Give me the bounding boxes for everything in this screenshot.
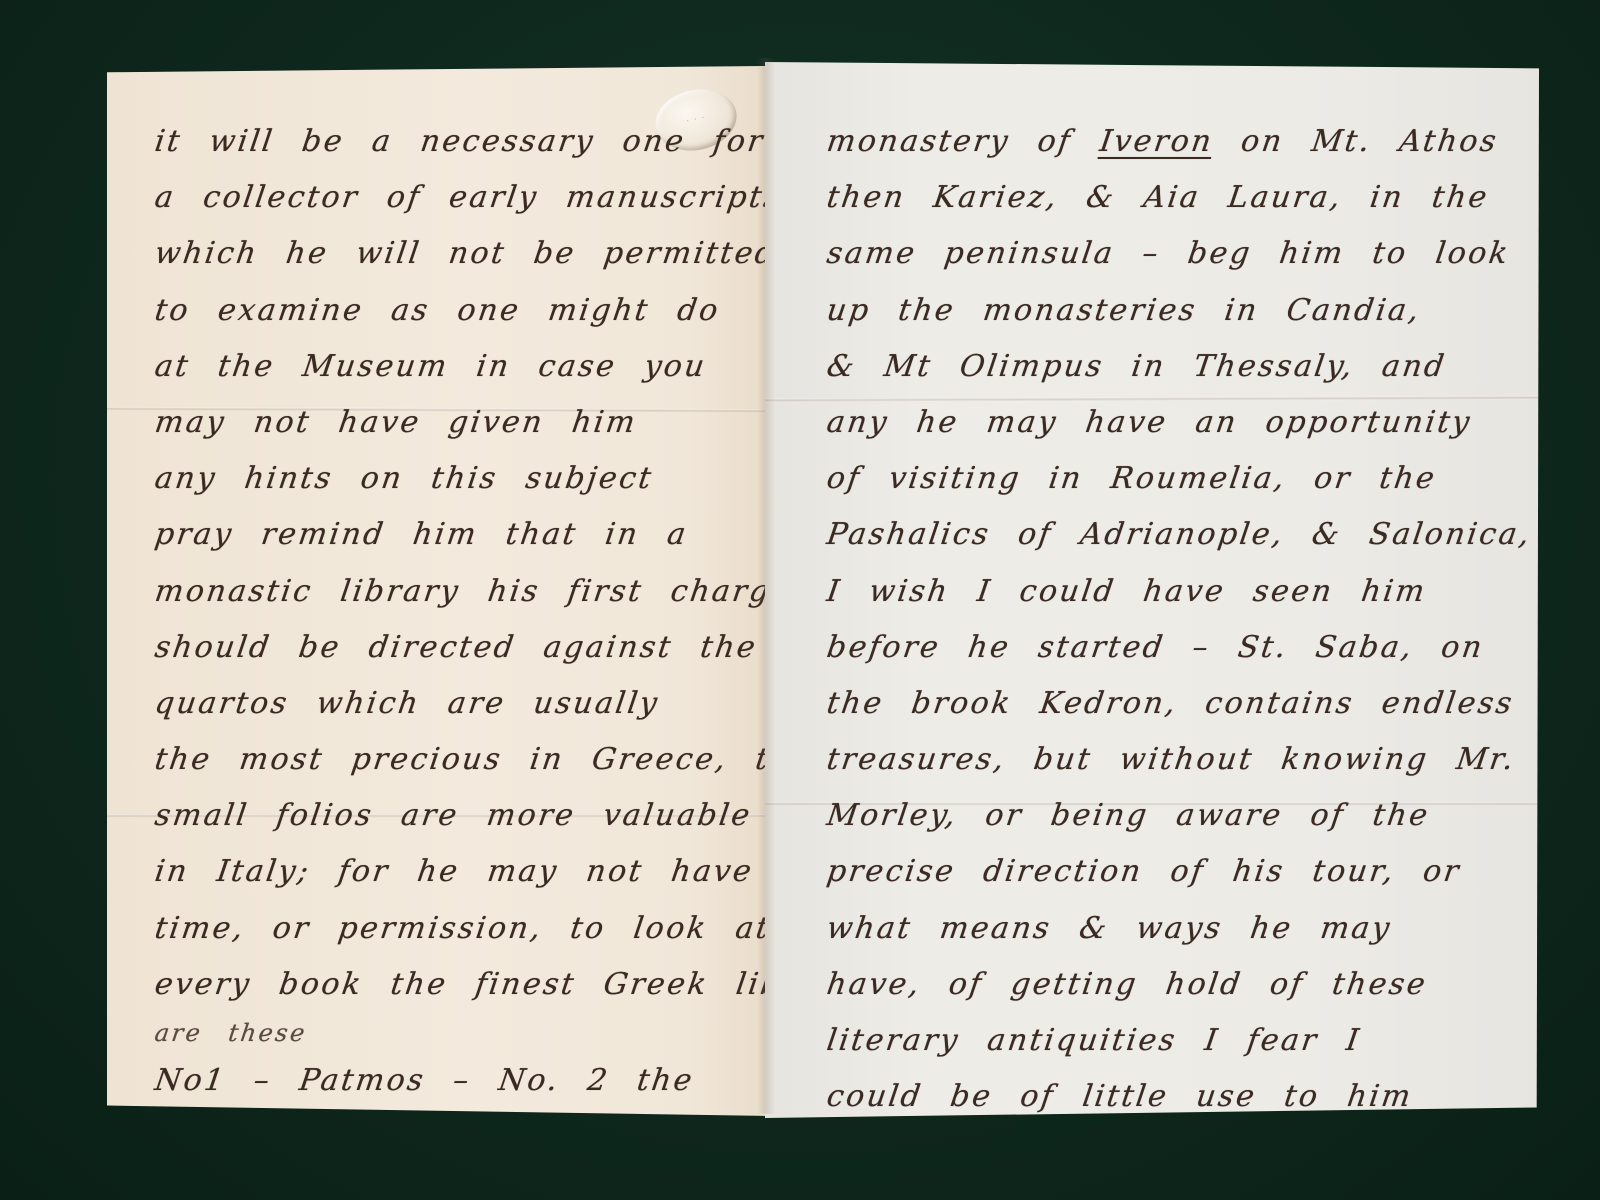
handwritten-line: should be directed against the bbox=[151, 620, 759, 676]
handwritten-line: may not have given him bbox=[151, 395, 759, 451]
handwritten-line: & Mt Olimpus in Thessaly, and bbox=[823, 339, 1521, 395]
handwritten-line: up the monasteries in Candia, bbox=[823, 283, 1521, 339]
handwritten-line: Morley, or being aware of the bbox=[823, 788, 1521, 844]
handwritten-line: treasures, but without knowing Mr. bbox=[823, 732, 1521, 788]
handwritten-line: No1 – Patmos – No. 2 the bbox=[151, 1053, 759, 1109]
left-page: · · · it will be a necessary one for a c… bbox=[107, 66, 767, 1116]
handwritten-line: then Kariez, & Aia Laura, in the bbox=[823, 170, 1521, 226]
handwritten-line: what means & ways he may bbox=[823, 901, 1521, 957]
handwritten-line: a collector of early manuscripts bbox=[151, 170, 759, 226]
handwritten-line: the brook Kedron, contains endless bbox=[823, 676, 1521, 732]
handwritten-line: to examine as one might do bbox=[151, 283, 759, 339]
right-page: monastery of Iveron on Mt. Athos then Ka… bbox=[765, 62, 1539, 1118]
handwritten-line: of visiting in Roumelia, or the bbox=[823, 451, 1521, 507]
handwritten-line: in Italy; for he may not have bbox=[151, 844, 759, 900]
handwritten-line: at the Museum in case you bbox=[151, 339, 759, 395]
handwritten-line: are these bbox=[152, 1013, 758, 1053]
handwritten-line: pray remind him that in a bbox=[151, 507, 759, 563]
handwritten-line: time, or permission, to look at bbox=[151, 901, 759, 957]
handwritten-line: every book the finest Greek libraries bbox=[151, 957, 759, 1013]
left-page-text: it will be a necessary one for a collect… bbox=[155, 114, 755, 1109]
handwritten-line: any hints on this subject bbox=[151, 451, 759, 507]
handwritten-line: have, of getting hold of these bbox=[823, 957, 1521, 1013]
handwritten-line: monastic library his first charge bbox=[151, 564, 759, 620]
letter-sheet: · · · it will be a necessary one for a c… bbox=[107, 58, 1539, 1114]
handwritten-line: could be of little use to him bbox=[823, 1069, 1521, 1125]
line-end: on Mt. Athos bbox=[1211, 124, 1501, 159]
handwritten-line: quartos which are usually bbox=[151, 676, 759, 732]
right-page-text: monastery of Iveron on Mt. Athos then Ka… bbox=[827, 114, 1517, 1182]
underlined-word: Iveron bbox=[1098, 124, 1216, 159]
handwritten-line: which he will not be permitted bbox=[151, 226, 759, 282]
handwritten-line: monastery of Iveron on Mt. Athos bbox=[823, 114, 1521, 170]
handwritten-line: any he may have an opportunity bbox=[823, 395, 1521, 451]
handwritten-line: same peninsula – beg him to look bbox=[823, 226, 1521, 282]
handwritten-line: precise direction of his tour, or bbox=[823, 844, 1521, 900]
handwritten-line: small folios are more valuable bbox=[151, 788, 759, 844]
handwritten-line: before he started – St. Saba, on bbox=[823, 620, 1521, 676]
handwritten-line: it will be a necessary one for bbox=[151, 114, 759, 170]
handwritten-line: & so I will conclude my bbox=[823, 1125, 1521, 1181]
line-start: monastery of bbox=[825, 124, 1103, 159]
handwritten-line: the most precious in Greece, the bbox=[151, 732, 759, 788]
handwritten-line: literary antiquities I fear I bbox=[823, 1013, 1521, 1069]
handwritten-line: Pashalics of Adrianople, & Salonica, bbox=[823, 507, 1521, 563]
handwritten-line: I wish I could have seen him bbox=[823, 564, 1521, 620]
